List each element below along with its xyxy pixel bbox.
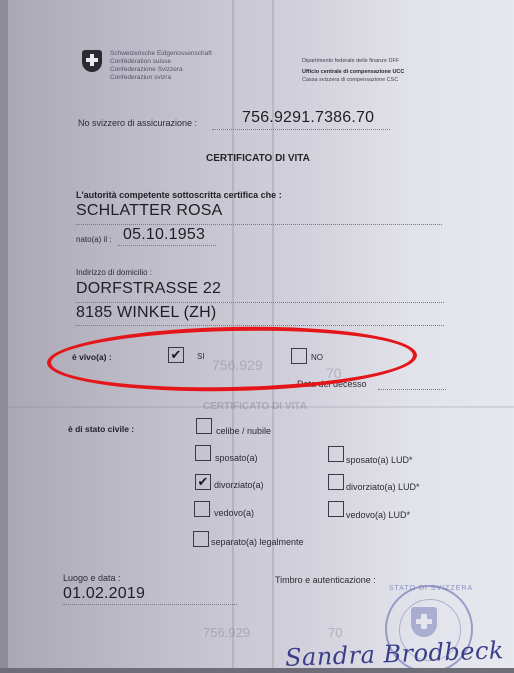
place-date-underline bbox=[63, 604, 237, 605]
confederation-line: Confederazione Svizzera bbox=[110, 66, 212, 74]
bleed-through-text: CERTIFICATO DI VITA bbox=[203, 401, 307, 412]
address-label: Indirizzo di domicilio : bbox=[76, 268, 152, 277]
insurance-label: No svizzero di assicurazione : bbox=[78, 118, 197, 128]
stamp-text: STATO DI SVIZZERA bbox=[387, 585, 475, 592]
person-name: SCHLATTER ROSA bbox=[76, 202, 223, 220]
address-underline bbox=[76, 302, 444, 303]
insurance-number: 756.9291.7386.70 bbox=[242, 109, 374, 127]
status-vedovo-lud-checkbox[interactable] bbox=[328, 501, 344, 517]
birth-date: 05.10.1953 bbox=[123, 226, 205, 244]
address-line2: 8185 WINKEL (ZH) bbox=[76, 304, 216, 322]
status-vedovo-label: vedovo(a) bbox=[214, 508, 254, 518]
department-line: Cassa svizzera di compensazione CSC bbox=[302, 76, 404, 84]
department-line: Dipartimento federale delle finanze DFF bbox=[302, 57, 404, 65]
swiss-shield-icon bbox=[411, 607, 437, 637]
authority-intro: L'autorità competente sottoscritta certi… bbox=[76, 190, 282, 200]
document-title: CERTIFICATO DI VITA bbox=[206, 153, 310, 164]
status-divorziato-label: divorziato(a) bbox=[214, 480, 264, 490]
bleed-through-text: 70 bbox=[328, 625, 342, 640]
status-sposato-lud-checkbox[interactable] bbox=[328, 446, 344, 462]
department-line: Ufficio centrale di compensazione UCC bbox=[302, 69, 404, 75]
status-celibe-checkbox[interactable] bbox=[196, 418, 212, 434]
status-separato-label: separato(a) legalmente bbox=[211, 537, 304, 547]
stamp-label: Timbro e autenticazione : bbox=[275, 575, 376, 585]
confederation-line: Schweizerische Eidgenossenschaft bbox=[110, 50, 212, 58]
status-separato-checkbox[interactable] bbox=[193, 531, 209, 547]
birth-label: nato(a) il : bbox=[76, 235, 112, 244]
confederation-line: Confederaziun svizra bbox=[110, 74, 212, 82]
civil-status-label: è di stato civile : bbox=[68, 424, 134, 434]
status-sposato-label: sposato(a) bbox=[215, 453, 258, 463]
insurance-underline bbox=[212, 129, 390, 130]
status-divorziato-lud-label: divorziato(a) LUD* bbox=[346, 482, 420, 492]
bleed-through-text: 756.929 bbox=[203, 625, 250, 640]
department-block: Dipartimento federale delle finanze DFF … bbox=[302, 57, 404, 84]
status-divorziato-checkbox[interactable]: ✔ bbox=[195, 474, 211, 490]
status-vedovo-checkbox[interactable] bbox=[194, 501, 210, 517]
death-date-underline bbox=[378, 389, 446, 390]
birth-underline bbox=[118, 245, 216, 246]
status-sposato-checkbox[interactable] bbox=[195, 445, 211, 461]
status-celibe-label: celibe / nubile bbox=[216, 426, 271, 436]
name-underline bbox=[76, 224, 442, 225]
address-line1: DORFSTRASSE 22 bbox=[76, 280, 221, 298]
status-sposato-lud-label: sposato(a) LUD* bbox=[346, 455, 413, 465]
swiss-cross-icon bbox=[82, 50, 102, 72]
status-vedovo-lud-label: vedovo(a) LUD* bbox=[346, 510, 410, 520]
confederation-line: Confédération suisse bbox=[110, 58, 212, 66]
confederation-block: Schweizerische Eidgenossenschaft Confédé… bbox=[110, 50, 212, 82]
status-divorziato-lud-checkbox[interactable] bbox=[328, 474, 344, 490]
place-date-label: Luogo e data : bbox=[63, 573, 121, 583]
place-date-value: 01.02.2019 bbox=[63, 585, 145, 603]
table-edge bbox=[0, 668, 514, 673]
